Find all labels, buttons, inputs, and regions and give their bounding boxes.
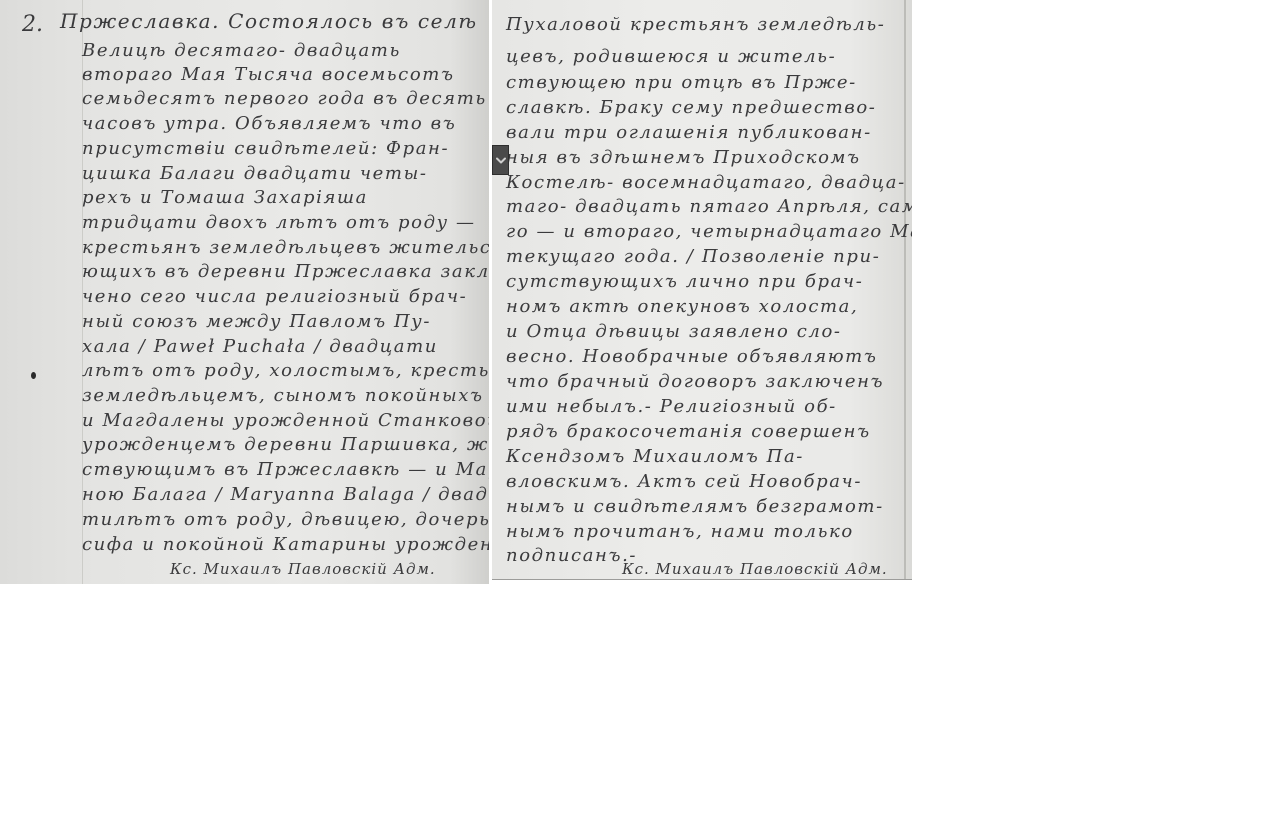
text-line: Пржеславка. Состоялось въ селѣ	[60, 10, 478, 32]
text-line: лѣтъ отъ роду, холостымъ, крестьяниномъ	[82, 360, 489, 382]
text-line: ими небылъ.- Религіозный об-	[506, 396, 837, 418]
text-line: го — и втораго, четырнадцатаго Мая	[506, 221, 912, 243]
text-line: сутствующихъ лично при брач-	[506, 271, 863, 293]
text-line: ный союзъ между Павломъ Пу-	[82, 311, 431, 333]
text-line: цишка Балаги двадцати четы-	[82, 163, 428, 185]
text-line: номъ актѣ опекуновъ холоста,	[506, 296, 858, 318]
signature: Кс. Михаилъ Павловскій Адм.	[170, 560, 436, 578]
text-line: и Магдалены урожденной Станковой,	[82, 410, 489, 432]
ink-blot	[31, 372, 36, 379]
scan-right-page: Пухаловой крестьянъ земледѣль- цевъ, род…	[492, 0, 912, 580]
text-line: что брачный договоръ заключенъ	[506, 371, 884, 393]
text-line: нымъ и свидѣтелямъ безграмот-	[506, 496, 884, 518]
text-line: тилѣтъ отъ роду, дѣвицею, дочерью Io-	[82, 509, 489, 531]
text-line: Костелѣ- восемнадцатаго, двадца-	[506, 172, 906, 194]
text-line: ною Балага / Marуanna Balaga / двадца-	[82, 484, 489, 506]
text-line: подписанъ.-	[506, 545, 637, 567]
text-line: славкѣ. Браку сему предшество-	[506, 97, 876, 119]
dropdown-toggle-button[interactable]	[492, 145, 509, 175]
text-line: нымъ прочитанъ, нами только	[506, 521, 854, 543]
text-line: Пухаловой крестьянъ земледѣль-	[506, 14, 885, 36]
text-line: цевъ, родившеюся и житель-	[506, 46, 836, 68]
text-line: семьдесятъ первого года въ десять	[82, 88, 487, 110]
text-line: и Отца дѣвицы заявлено сло-	[506, 321, 842, 343]
text-line: ныя въ здѣшнемъ Приходскомъ	[506, 147, 861, 169]
text-line: рехъ и Томаша Захаріяша	[82, 187, 368, 209]
text-line: вловскимъ. Актъ сей Новобрач-	[506, 471, 862, 493]
text-line: таго- двадцать пятаго Апрѣля, сама-	[506, 196, 912, 218]
text-line: присутствіи свидѣтелей: Фран-	[82, 138, 449, 160]
text-line: сифа и покойной Катарины урожденной	[82, 534, 489, 556]
text-line: урожденцемъ деревни Паршивка, житель-	[82, 434, 489, 456]
text-line: ствующимъ въ Пржеславкѣ — и Маріян-	[82, 459, 489, 481]
text-line: вали три оглашенія публикован-	[506, 122, 872, 144]
text-line: текущаго года. / Позволеніе при-	[506, 246, 880, 268]
page-edge	[904, 0, 906, 579]
text-line: хала / Paweł Puchała / двадцати	[82, 336, 438, 358]
text-line: Ксендзомъ Михаиломъ Па-	[506, 446, 804, 468]
entry-number: 2.	[22, 12, 43, 37]
scan-left-page: 2. Пржеславка. Состоялось въ селѣ Велицѣ…	[0, 0, 489, 584]
text-line: рядъ бракосочетанія совершенъ	[506, 421, 871, 443]
text-line: земледѣльцемъ, сыномъ покойныхъ Яна	[82, 385, 489, 407]
signature: Кс. Михаилъ Павловскій Адм.	[622, 560, 888, 578]
text-line: ствующею при отцѣ въ Прже-	[506, 72, 857, 94]
text-line: ющихъ въ деревни Пржеславка заклю-	[82, 261, 489, 283]
chevron-down-icon	[496, 157, 506, 164]
text-line: весно. Новобрачные объявляютъ	[506, 346, 877, 368]
text-line: крестьянъ земледѣльцевъ житель­ству-	[82, 237, 489, 259]
text-line: часовъ утра. Объявляемъ что въ	[82, 113, 456, 135]
text-line: тридцати двохъ лѣтъ отъ роду —	[82, 212, 476, 234]
text-line: чено сего числа религіозный брач-	[82, 286, 467, 308]
image-viewer: 2. Пржеславка. Состоялось въ селѣ Велицѣ…	[0, 0, 1263, 829]
text-line: Велицѣ десятаго- двадцать	[82, 40, 401, 62]
text-line: втораго Мая Тысяча восемьсотъ	[82, 64, 455, 86]
